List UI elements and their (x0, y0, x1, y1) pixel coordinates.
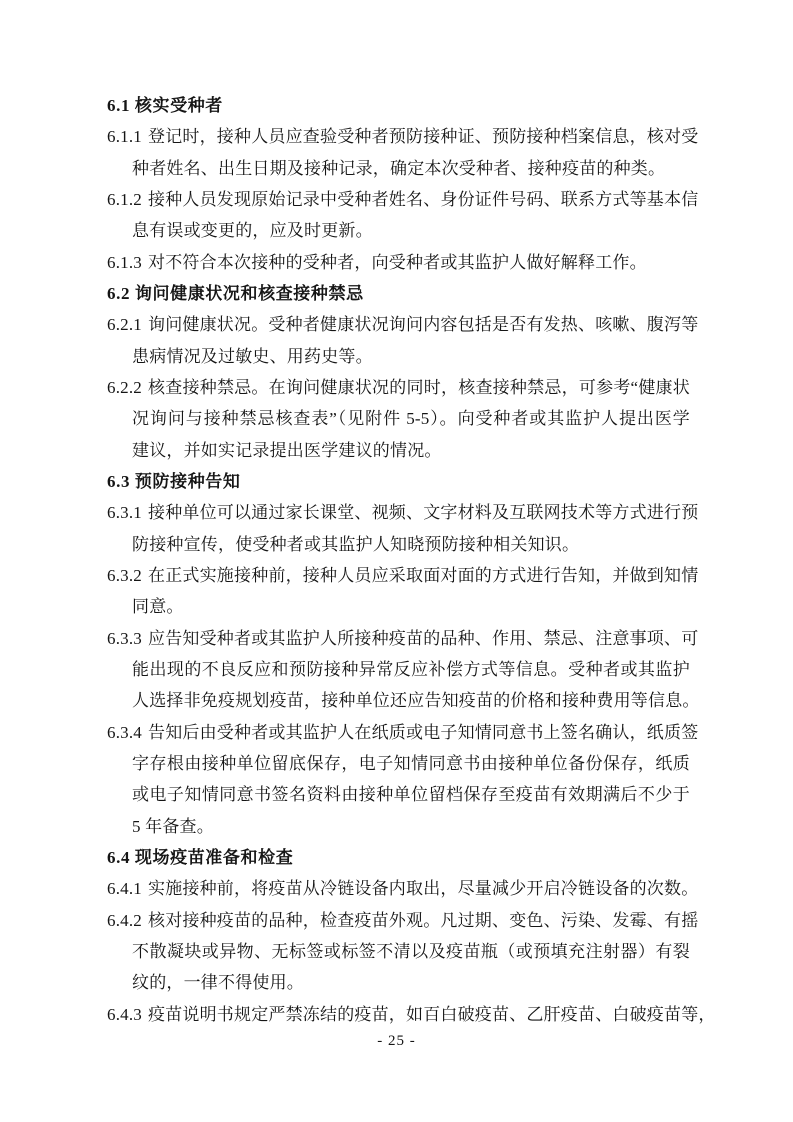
clause-text: 接种单位可以通过家长课堂、视频、文字材料及互联网技术等方式进行预 (148, 503, 698, 522)
clause-text: 核查接种禁忌。在询问健康状况的同时，核查接种禁忌，可参考“健康状 (148, 378, 690, 397)
clause-6-3-1: 6.3.1接种单位可以通过家长课堂、视频、文字材料及互联网技术等方式进行预 防接… (107, 497, 690, 560)
clause-6-1-3: 6.1.3对不符合本次接种的受种者，向受种者或其监护人做好解释工作。 (107, 247, 690, 278)
text-line: 人选择非免疫规划疫苗，接种单位还应告知疫苗的价格和接种费用等信息。 (107, 685, 690, 716)
clause-text: 应告知受种者或其监护人所接种疫苗的品种、作用、禁忌、注意事项、可 (148, 629, 698, 648)
text-line: 能出现的不良反应和预防接种异常反应补偿方式等信息。受种者或其监护 (107, 654, 690, 685)
section-heading-6-3: 6.3 预防接种告知 (107, 466, 690, 497)
text-line: 6.1.2接种人员发现原始记录中受种者姓名、身份证件号码、联系方式等基本信 (107, 184, 690, 215)
clause-text: 核对接种疫苗的品种，检查疫苗外观。凡过期、变色、污染、发霉、有摇 (148, 911, 698, 930)
clause-number: 6.1.2 (107, 184, 142, 215)
text-line: 6.3.3应告知受种者或其监护人所接种疫苗的品种、作用、禁忌、注意事项、可 (107, 623, 690, 654)
text-line: 况询问与接种禁忌核查表”（见附件 5-5）。向受种者或其监护人提出医学 (107, 403, 690, 434)
text-line: 或电子知情同意书签名资料由接种单位留档保存至疫苗有效期满后不少于 (107, 779, 690, 810)
document-page: 6.1 核实受种者 6.1.1登记时，接种人员应查验受种者预防接种证、预防接种档… (0, 0, 793, 1122)
text-line: 6.3.1接种单位可以通过家长课堂、视频、文字材料及互联网技术等方式进行预 (107, 497, 690, 528)
clause-text: 在正式实施接种前，接种人员应采取面对面的方式进行告知，并做到知情 (148, 566, 698, 585)
clause-number: 6.2.1 (107, 309, 142, 340)
text-line: 防接种宣传，使受种者或其监护人知晓预防接种相关知识。 (107, 529, 690, 560)
clause-text: 接种人员发现原始记录中受种者姓名、身份证件号码、联系方式等基本信 (148, 190, 698, 209)
text-line: 6.2.2核查接种禁忌。在询问健康状况的同时，核查接种禁忌，可参考“健康状 (107, 372, 690, 403)
section-heading-6-1: 6.1 核实受种者 (107, 90, 690, 121)
clause-text: 登记时，接种人员应查验受种者预防接种证、预防接种档案信息，核对受 (148, 127, 698, 146)
text-line: 建议，并如实记录提出医学建议的情况。 (107, 435, 690, 466)
text-line: 6.4.2核对接种疫苗的品种，检查疫苗外观。凡过期、变色、污染、发霉、有摇 (107, 905, 690, 936)
clause-6-3-4: 6.3.4告知后由受种者或其监护人在纸质或电子知情同意书上签名确认，纸质签 字存… (107, 717, 690, 842)
text-line: 息有误或变更的，应及时更新。 (107, 215, 690, 246)
clause-6-2-2: 6.2.2核查接种禁忌。在询问健康状况的同时，核查接种禁忌，可参考“健康状 况询… (107, 372, 690, 466)
section-heading-6-4: 6.4 现场疫苗准备和检查 (107, 842, 690, 873)
clause-6-3-2: 6.3.2在正式实施接种前，接种人员应采取面对面的方式进行告知，并做到知情 同意… (107, 560, 690, 623)
text-line: 同意。 (107, 591, 690, 622)
clause-6-2-1: 6.2.1询问健康状况。受种者健康状况询问内容包括是否有发热、咳嗽、腹泻等 患病… (107, 309, 690, 372)
clause-number: 6.2.2 (107, 372, 142, 403)
clause-number: 6.3.1 (107, 497, 142, 528)
text-line: 6.1.3对不符合本次接种的受种者，向受种者或其监护人做好解释工作。 (107, 247, 690, 278)
page-number: - 25 - (0, 1031, 793, 1051)
text-line: 6.4.1实施接种前，将疫苗从冷链设备内取出，尽量减少开启冷链设备的次数。 (107, 873, 690, 904)
clause-6-4-1: 6.4.1实施接种前，将疫苗从冷链设备内取出，尽量减少开启冷链设备的次数。 (107, 873, 690, 904)
text-line: 种者姓名、出生日期及接种记录，确定本次受种者、接种疫苗的种类。 (107, 153, 690, 184)
clause-number: 6.3.3 (107, 623, 142, 654)
text-line: 6.4.3疫苗说明书规定严禁冻结的疫苗，如百白破疫苗、乙肝疫苗、白破疫苗等， (107, 999, 690, 1030)
clause-6-3-3: 6.3.3应告知受种者或其监护人所接种疫苗的品种、作用、禁忌、注意事项、可 能出… (107, 623, 690, 717)
clause-number: 6.4.2 (107, 905, 142, 936)
text-line: 6.1.1登记时，接种人员应查验受种者预防接种证、预防接种档案信息，核对受 (107, 121, 690, 152)
clause-number: 6.1.1 (107, 121, 142, 152)
clause-text: 告知后由受种者或其监护人在纸质或电子知情同意书上签名确认，纸质签 (148, 723, 698, 742)
clause-number: 6.3.2 (107, 560, 142, 591)
text-line: 6.2.1询问健康状况。受种者健康状况询问内容包括是否有发热、咳嗽、腹泻等 (107, 309, 690, 340)
clause-6-1-1: 6.1.1登记时，接种人员应查验受种者预防接种证、预防接种档案信息，核对受 种者… (107, 121, 690, 184)
clause-text: 实施接种前，将疫苗从冷链设备内取出，尽量减少开启冷链设备的次数。 (148, 879, 698, 898)
text-line: 字存根由接种单位留底保存，电子知情同意书由接种单位备份保存，纸质 (107, 748, 690, 779)
text-line: 不散凝块或异物、无标签或标签不清以及疫苗瓶（或预填充注射器）有裂 (107, 936, 690, 967)
text-line: 患病情况及过敏史、用药史等。 (107, 341, 690, 372)
text-line: 5 年备查。 (107, 811, 690, 842)
clause-number: 6.1.3 (107, 247, 142, 278)
text-line: 6.3.2在正式实施接种前，接种人员应采取面对面的方式进行告知，并做到知情 (107, 560, 690, 591)
clause-text: 疫苗说明书规定严禁冻结的疫苗，如百白破疫苗、乙肝疫苗、白破疫苗等， (148, 1005, 716, 1024)
clause-number: 6.4.1 (107, 873, 142, 904)
clause-6-4-2: 6.4.2核对接种疫苗的品种，检查疫苗外观。凡过期、变色、污染、发霉、有摇 不散… (107, 905, 690, 999)
text-line: 纹的，一律不得使用。 (107, 967, 690, 998)
clause-number: 6.4.3 (107, 999, 142, 1030)
clause-text: 询问健康状况。受种者健康状况询问内容包括是否有发热、咳嗽、腹泻等 (148, 315, 698, 334)
clause-6-4-3: 6.4.3疫苗说明书规定严禁冻结的疫苗，如百白破疫苗、乙肝疫苗、白破疫苗等， (107, 999, 690, 1030)
document-body: 6.1 核实受种者 6.1.1登记时，接种人员应查验受种者预防接种证、预防接种档… (107, 90, 690, 1030)
text-line: 6.3.4告知后由受种者或其监护人在纸质或电子知情同意书上签名确认，纸质签 (107, 717, 690, 748)
section-heading-6-2: 6.2 询问健康状况和核查接种禁忌 (107, 278, 690, 309)
clause-text: 对不符合本次接种的受种者，向受种者或其监护人做好解释工作。 (148, 253, 647, 272)
clause-6-1-2: 6.1.2接种人员发现原始记录中受种者姓名、身份证件号码、联系方式等基本信 息有… (107, 184, 690, 247)
clause-number: 6.3.4 (107, 717, 142, 748)
